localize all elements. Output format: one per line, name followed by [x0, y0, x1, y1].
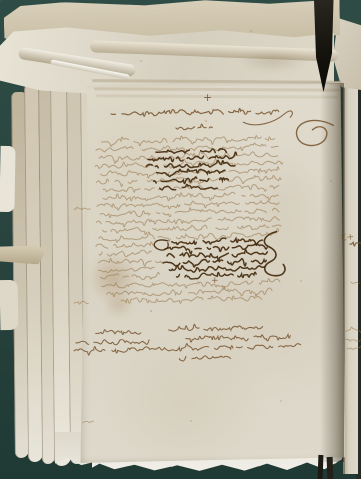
ink-stain — [248, 150, 322, 270]
gutter-shadow — [320, 83, 344, 462]
facing-page-strip — [343, 84, 358, 474]
ink-stain — [238, 50, 308, 72]
protruding-page-tab — [0, 280, 18, 330]
foxing-specks — [0, 0, 2, 2]
ink-stain — [104, 292, 134, 318]
manuscript-photo: + + +3 — [0, 0, 361, 479]
bookmark-ribbon-tail — [318, 455, 324, 479]
bookmark-ribbon-tail — [327, 457, 334, 479]
binding-strap — [0, 244, 44, 264]
protruding-page-tab — [0, 146, 16, 212]
